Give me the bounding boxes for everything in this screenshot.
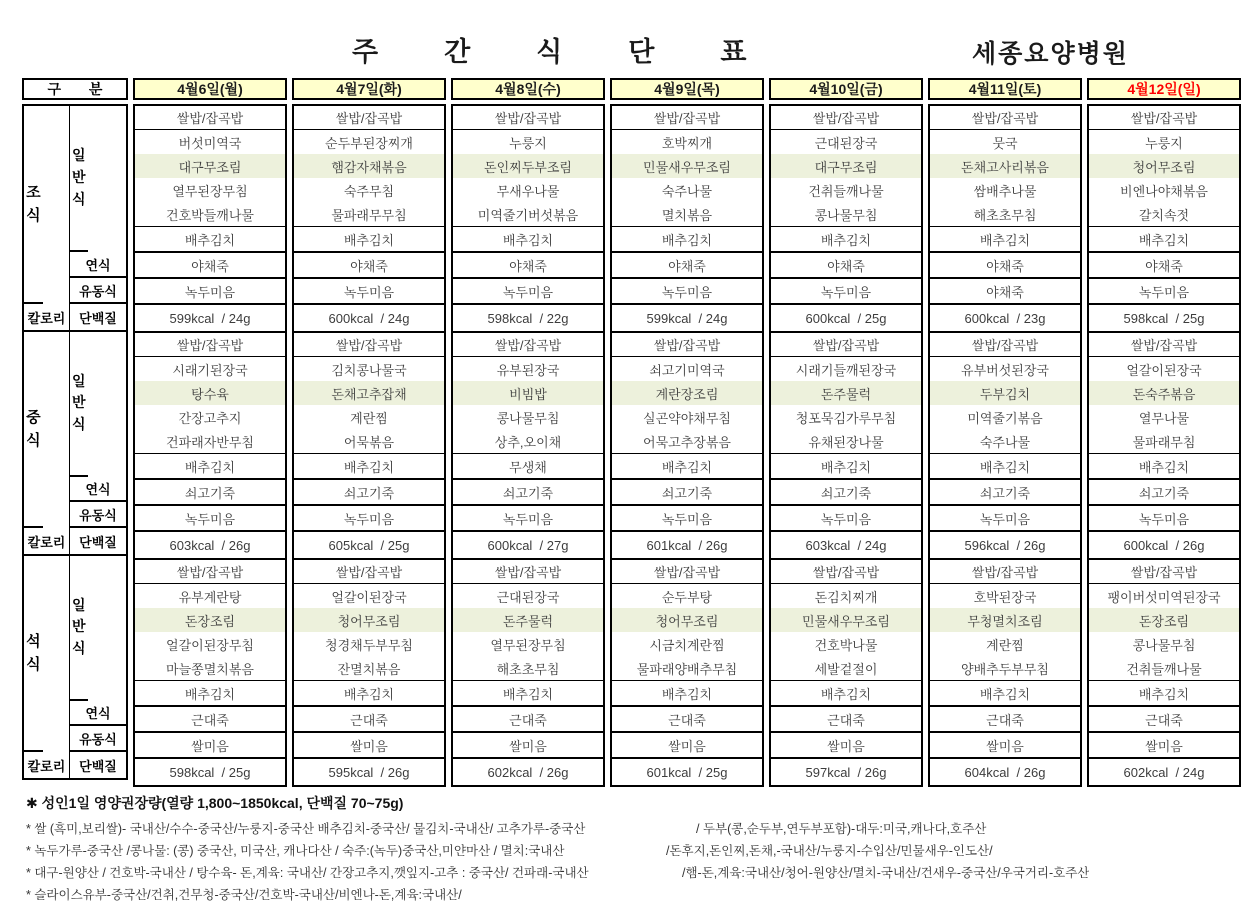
- kimchi-cell: 무생채: [453, 454, 603, 480]
- origin-notes: * 쌀 (흑미,보리쌀)- 국내산/수수-중국산/누룽지-중국산 배추김치-중국…: [26, 818, 1250, 903]
- side-dish-cell: 건파래자반무침: [135, 429, 285, 453]
- liquid-diet-label: 유동식: [70, 278, 126, 304]
- rice-cell: 쌀밥/잡곡밥: [135, 560, 285, 584]
- soft-diet-cell: 야채죽: [612, 253, 762, 279]
- main-dish-cell: 청어무조림: [294, 608, 444, 632]
- meal-section: 쌀밥/잡곡밥얼갈이된장국청어무조림청경채두부무침잔멸치볶음배추김치근대죽쌀미음5…: [294, 558, 444, 785]
- day-body: 쌀밥/잡곡밥버섯미역국대구무조림열무된장무침건호박들깨나물배추김치야채죽녹두미음…: [133, 104, 287, 787]
- meal-name-label: 석식: [24, 556, 43, 752]
- nutrition-recommendation: ✱ 성인1일 영양권장량(열량 1,800~1850kcal, 단백질 70~7…: [26, 793, 1250, 813]
- side-dish-cell: 얼갈이된장무침: [135, 632, 285, 656]
- meal-label-section: 조식칼로리일반식연식유동식단백질: [24, 106, 126, 330]
- soup-cell: 순두부된장찌개: [294, 130, 444, 154]
- liquid-diet-cell: 녹두미음: [612, 506, 762, 532]
- kimchi-cell: 배추김치: [1089, 454, 1239, 480]
- meal-section: 쌀밥/잡곡밥팽이버섯미역된장국돈장조림콩나물무침건취들깨나물배추김치근대죽쌀미음…: [1089, 558, 1239, 785]
- liquid-diet-cell: 녹두미음: [135, 506, 285, 532]
- liquid-diet-label: 유동식: [70, 502, 126, 528]
- dish-group: 호박된장국무청멸치조림계란찜양배추두부무침: [930, 584, 1080, 681]
- side-dish-cell: 콩나물무침: [453, 405, 603, 429]
- kimchi-cell: 배추김치: [612, 454, 762, 480]
- calorie-protein-cell: 602kcal / 26g: [453, 759, 603, 785]
- soft-diet-cell: 야채죽: [930, 253, 1080, 279]
- dish-group: 버섯미역국대구무조림열무된장무침건호박들깨나물: [135, 130, 285, 227]
- calorie-label: 칼로리: [24, 528, 69, 554]
- meal-name-label: 중식: [24, 332, 43, 528]
- calorie-protein-cell: 596kcal / 26g: [930, 532, 1080, 558]
- main-dish-cell: 돈장조림: [1089, 608, 1239, 632]
- meal-section: 쌀밥/잡곡밥돈김치찌개민물새우무조림건호박나물세발겉절이배추김치근대죽쌀미음59…: [771, 558, 921, 785]
- soup-cell: 근대된장국: [771, 130, 921, 154]
- kimchi-cell: 배추김치: [930, 454, 1080, 480]
- soft-diet-cell: 야채죽: [453, 253, 603, 279]
- soft-diet-cell: 쇠고기죽: [1089, 480, 1239, 506]
- side-dish-cell: 어묵볶음: [294, 429, 444, 453]
- soft-diet-cell: 근대죽: [930, 707, 1080, 733]
- side-dish-cell: 어묵고추장볶음: [612, 429, 762, 453]
- soft-diet-cell: 근대죽: [771, 707, 921, 733]
- calorie-protein-cell: 603kcal / 24g: [771, 532, 921, 558]
- liquid-diet-cell: 쌀미음: [771, 733, 921, 759]
- day-column: 4월12일(일)쌀밥/잡곡밥누룽지청어무조림비엔나야채볶음갈치속젓배추김치야채죽…: [1087, 78, 1241, 787]
- side-dish-cell: 미역줄기볶음: [930, 405, 1080, 429]
- page-title: 주간식단표: [352, 30, 812, 69]
- soft-diet-cell: 근대죽: [612, 707, 762, 733]
- liquid-diet-cell: 녹두미음: [1089, 506, 1239, 532]
- rice-cell: 쌀밥/잡곡밥: [1089, 333, 1239, 357]
- side-dish-cell: 멸치볶음: [612, 202, 762, 226]
- dish-group: 얼갈이된장국돈숙주볶음열무나물물파래무침: [1089, 357, 1239, 454]
- main-dish-cell: 청어무조림: [612, 608, 762, 632]
- soft-diet-cell: 쇠고기죽: [771, 480, 921, 506]
- liquid-diet-cell: 쌀미음: [294, 733, 444, 759]
- rice-cell: 쌀밥/잡곡밥: [1089, 106, 1239, 130]
- soft-diet-cell: 야채죽: [771, 253, 921, 279]
- footnote-line: * 대구-원양산 / 건호박-국내산 / 탕수육- 돈,계육: 국내산/ 간장고…: [26, 862, 666, 884]
- kimchi-cell: 배추김치: [771, 681, 921, 707]
- calorie-protein-cell: 598kcal / 22g: [453, 305, 603, 331]
- soft-diet-cell: 쇠고기죽: [612, 480, 762, 506]
- rice-cell: 쌀밥/잡곡밥: [930, 106, 1080, 130]
- calorie-protein-cell: 597kcal / 26g: [771, 759, 921, 785]
- rice-cell: 쌀밥/잡곡밥: [930, 560, 1080, 584]
- soup-cell: 누룽지: [1089, 130, 1239, 154]
- meal-section: 쌀밥/잡곡밥쇠고기미역국계란장조림실곤약야채무침어묵고추장볶음배추김치쇠고기죽녹…: [612, 331, 762, 558]
- dish-group: 유부계란탕돈장조림얼갈이된장무침마늘쫑멸치볶음: [135, 584, 285, 681]
- day-column: 4월8일(수)쌀밥/잡곡밥누룽지돈인찌두부조림무새우나물미역줄기버섯볶음배추김치…: [451, 78, 605, 787]
- kimchi-cell: 배추김치: [135, 454, 285, 480]
- side-dish-cell: 상추,오이채: [453, 429, 603, 453]
- protein-label: 단백질: [70, 304, 126, 330]
- kimchi-cell: 배추김치: [771, 454, 921, 480]
- side-dish-cell: 열무된장무침: [453, 632, 603, 656]
- side-dish-cell: 콩나물무침: [771, 202, 921, 226]
- liquid-diet-cell: 녹두미음: [612, 279, 762, 305]
- liquid-diet-cell: 녹두미음: [1089, 279, 1239, 305]
- origin-notes-right: / 두부(콩,순두부,연두부포함)-대두:미국,캐나다,호주산/돈후지,돈인찌,…: [666, 818, 1089, 903]
- liquid-diet-cell: 녹두미음: [453, 506, 603, 532]
- side-dish-cell: 물파래무침: [1089, 429, 1239, 453]
- footnote-line: * 슬라이스유부-중국산/건취,건무청-중국산/건호박-국내산/비엔나-돈,계육…: [26, 884, 666, 903]
- main-dish-cell: 두부김치: [930, 381, 1080, 405]
- side-dish-cell: 해초초무침: [930, 202, 1080, 226]
- rice-cell: 쌀밥/잡곡밥: [294, 560, 444, 584]
- calorie-protein-cell: 602kcal / 24g: [1089, 759, 1239, 785]
- liquid-diet-label: 유동식: [70, 726, 126, 752]
- day-column: 4월6일(월)쌀밥/잡곡밥버섯미역국대구무조림열무된장무침건호박들깨나물배추김치…: [133, 78, 287, 787]
- calorie-protein-cell: 600kcal / 24g: [294, 305, 444, 331]
- day-body: 쌀밥/잡곡밥누룽지돈인찌두부조림무새우나물미역줄기버섯볶음배추김치야채죽녹두미음…: [451, 104, 605, 787]
- side-dish-cell: 열무된장무침: [135, 178, 285, 202]
- calorie-protein-cell: 601kcal / 26g: [612, 532, 762, 558]
- regular-diet-label: 일반식: [70, 556, 88, 701]
- soup-cell: 얼갈이된장국: [294, 584, 444, 608]
- dish-group: 순두부탕청어무조림시금치계란찜물파래양배추무침: [612, 584, 762, 681]
- meal-section: 쌀밥/잡곡밥얼갈이된장국돈숙주볶음열무나물물파래무침배추김치쇠고기죽녹두미음60…: [1089, 331, 1239, 558]
- liquid-diet-cell: 녹두미음: [930, 506, 1080, 532]
- regular-diet-label: 일반식: [70, 332, 88, 477]
- soup-cell: 근대된장국: [453, 584, 603, 608]
- meal-name-label: 조식: [24, 106, 43, 304]
- kimchi-cell: 배추김치: [1089, 227, 1239, 253]
- side-dish-cell: 세발겉절이: [771, 656, 921, 680]
- corner-header: 구 분: [22, 78, 128, 100]
- main-dish-cell: 돈채고사리볶음: [930, 154, 1080, 178]
- protein-label: 단백질: [70, 752, 126, 778]
- soup-cell: 김치콩나물국: [294, 357, 444, 381]
- main-dish-cell: 청어무조림: [1089, 154, 1239, 178]
- soup-cell: 유부버섯된장국: [930, 357, 1080, 381]
- dish-group: 호박찌개민물새우무조림숙주나물멸치볶음: [612, 130, 762, 227]
- soup-cell: 돈김치찌개: [771, 584, 921, 608]
- rice-cell: 쌀밥/잡곡밥: [135, 333, 285, 357]
- side-dish-cell: 건취들깨나물: [771, 178, 921, 202]
- side-dish-cell: 콩나물무침: [1089, 632, 1239, 656]
- side-dish-cell: 해초초무침: [453, 656, 603, 680]
- soft-diet-cell: 근대죽: [294, 707, 444, 733]
- kimchi-cell: 배추김치: [294, 681, 444, 707]
- kimchi-cell: 배추김치: [453, 227, 603, 253]
- side-dish-cell: 양배추두부무침: [930, 656, 1080, 680]
- meal-section: 쌀밥/잡곡밥순두부된장찌개햄감자채볶음숙주무침물파래무무침배추김치야채죽녹두미음…: [294, 106, 444, 331]
- side-dish-cell: 유채된장나물: [771, 429, 921, 453]
- label-body: 조식칼로리일반식연식유동식단백질중식칼로리일반식연식유동식단백질석식칼로리일반식…: [22, 104, 128, 780]
- footnote-line: * 녹두가루-중국산 /콩나물: (콩) 중국산, 미국산, 캐나다산 / 숙주…: [26, 840, 666, 862]
- dish-group: 유부버섯된장국두부김치미역줄기볶음숙주나물: [930, 357, 1080, 454]
- origin-notes-left: * 쌀 (흑미,보리쌀)- 국내산/수수-중국산/누룽지-중국산 배추김치-중국…: [26, 818, 666, 903]
- dish-group: 근대된장국대구무조림건취들깨나물콩나물무침: [771, 130, 921, 227]
- calorie-protein-cell: 601kcal / 25g: [612, 759, 762, 785]
- kimchi-cell: 배추김치: [453, 681, 603, 707]
- soft-diet-label: 연식: [70, 477, 126, 503]
- soup-cell: 얼갈이된장국: [1089, 357, 1239, 381]
- day-body: 쌀밥/잡곡밥호박찌개민물새우무조림숙주나물멸치볶음배추김치야채죽녹두미음599k…: [610, 104, 764, 787]
- hospital-name: 세종요양병원: [972, 34, 1129, 70]
- day-column: 4월11일(토)쌀밥/잡곡밥뭇국돈채고사리볶음쌈배추나물해초초무침배추김치야채죽…: [928, 78, 1082, 787]
- dish-group: 뭇국돈채고사리볶음쌈배추나물해초초무침: [930, 130, 1080, 227]
- main-dish-cell: 돈장조림: [135, 608, 285, 632]
- day-header: 4월11일(토): [928, 78, 1082, 100]
- meal-section: 쌀밥/잡곡밥호박된장국무청멸치조림계란찜양배추두부무침배추김치근대죽쌀미음604…: [930, 558, 1080, 785]
- calorie-protein-cell: 604kcal / 26g: [930, 759, 1080, 785]
- kimchi-cell: 배추김치: [612, 681, 762, 707]
- meal-section: 쌀밥/잡곡밥유부계란탕돈장조림얼갈이된장무침마늘쫑멸치볶음배추김치근대죽쌀미음5…: [135, 558, 285, 785]
- rice-cell: 쌀밥/잡곡밥: [612, 106, 762, 130]
- kimchi-cell: 배추김치: [135, 227, 285, 253]
- side-dish-cell: 건취들깨나물: [1089, 656, 1239, 680]
- side-dish-cell: 계란찜: [294, 405, 444, 429]
- side-dish-cell: 갈치속젓: [1089, 202, 1239, 226]
- title-bar: 주간식단표 세종요양병원: [0, 0, 1250, 78]
- calorie-protein-cell: 599kcal / 24g: [135, 305, 285, 331]
- side-dish-cell: 마늘쫑멸치볶음: [135, 656, 285, 680]
- side-dish-cell: 열무나물: [1089, 405, 1239, 429]
- meal-section: 쌀밥/잡곡밥근대된장국돈주물럭열무된장무침해초초무침배추김치근대죽쌀미음602k…: [453, 558, 603, 785]
- soft-diet-cell: 쇠고기죽: [930, 480, 1080, 506]
- soft-diet-cell: 근대죽: [135, 707, 285, 733]
- soft-diet-cell: 야채죽: [1089, 253, 1239, 279]
- calorie-protein-cell: 600kcal / 25g: [771, 305, 921, 331]
- day-header: 4월8일(수): [451, 78, 605, 100]
- side-dish-cell: 건호박나물: [771, 632, 921, 656]
- rice-cell: 쌀밥/잡곡밥: [612, 560, 762, 584]
- liquid-diet-cell: 쌀미음: [135, 733, 285, 759]
- meal-section: 쌀밥/잡곡밥유부된장국비빔밥콩나물무침상추,오이채무생채쇠고기죽녹두미음600k…: [453, 331, 603, 558]
- soup-cell: 누룽지: [453, 130, 603, 154]
- side-dish-cell: 물파래무무침: [294, 202, 444, 226]
- main-dish-cell: 비빔밥: [453, 381, 603, 405]
- side-dish-cell: 무새우나물: [453, 178, 603, 202]
- dish-group: 근대된장국돈주물럭열무된장무침해초초무침: [453, 584, 603, 681]
- main-dish-cell: 햄감자채볶음: [294, 154, 444, 178]
- side-dish-cell: 비엔나야채볶음: [1089, 178, 1239, 202]
- main-dish-cell: 무청멸치조림: [930, 608, 1080, 632]
- main-dish-cell: 돈채고추잡채: [294, 381, 444, 405]
- liquid-diet-cell: 야채죽: [930, 279, 1080, 305]
- side-dish-cell: 시금치계란찜: [612, 632, 762, 656]
- liquid-diet-cell: 녹두미음: [135, 279, 285, 305]
- footnote-line: /돈후지,돈인찌,돈채,-국내산/누룽지-수입산/민물새우-인도산/: [666, 840, 1089, 862]
- dish-group: 김치콩나물국돈채고추잡채계란찜어묵볶음: [294, 357, 444, 454]
- kimchi-cell: 배추김치: [771, 227, 921, 253]
- liquid-diet-cell: 쌀미음: [612, 733, 762, 759]
- side-dish-cell: 청포묵김가루무침: [771, 405, 921, 429]
- side-dish-cell: 청경채두부무침: [294, 632, 444, 656]
- day-header: 4월7일(화): [292, 78, 446, 100]
- kimchi-cell: 배추김치: [612, 227, 762, 253]
- dish-group: 팽이버섯미역된장국돈장조림콩나물무침건취들깨나물: [1089, 584, 1239, 681]
- meal-section: 쌀밥/잡곡밥누룽지돈인찌두부조림무새우나물미역줄기버섯볶음배추김치야채죽녹두미음…: [453, 106, 603, 331]
- weekly-menu-page: 주간식단표 세종요양병원 구 분 조식칼로리일반식연식유동식단백질중식칼로리일반…: [0, 0, 1250, 903]
- calorie-protein-cell: 598kcal / 25g: [135, 759, 285, 785]
- kimchi-cell: 배추김치: [135, 681, 285, 707]
- rice-cell: 쌀밥/잡곡밥: [1089, 560, 1239, 584]
- footnote-line: * 쌀 (흑미,보리쌀)- 국내산/수수-중국산/누룽지-중국산 배추김치-중국…: [26, 818, 666, 840]
- main-dish-cell: 대구무조림: [771, 154, 921, 178]
- main-dish-cell: 탕수육: [135, 381, 285, 405]
- soft-diet-label: 연식: [70, 701, 126, 727]
- meal-section: 쌀밥/잡곡밥근대된장국대구무조림건취들깨나물콩나물무침배추김치야채죽녹두미음60…: [771, 106, 921, 331]
- soft-diet-cell: 쇠고기죽: [135, 480, 285, 506]
- rice-cell: 쌀밥/잡곡밥: [771, 106, 921, 130]
- dish-group: 시래기된장국탕수육간장고추지건파래자반무침: [135, 357, 285, 454]
- day-columns: 4월6일(월)쌀밥/잡곡밥버섯미역국대구무조림열무된장무침건호박들깨나물배추김치…: [133, 78, 1250, 787]
- soup-cell: 시래기들깨된장국: [771, 357, 921, 381]
- calorie-protein-cell: 600kcal / 27g: [453, 532, 603, 558]
- meal-section: 쌀밥/잡곡밥누룽지청어무조림비엔나야채볶음갈치속젓배추김치야채죽녹두미음598k…: [1089, 106, 1239, 331]
- meal-section: 쌀밥/잡곡밥호박찌개민물새우무조림숙주나물멸치볶음배추김치야채죽녹두미음599k…: [612, 106, 762, 331]
- main-dish-cell: 민물새우무조림: [771, 608, 921, 632]
- dish-group: 시래기들깨된장국돈주물럭청포묵김가루무침유채된장나물: [771, 357, 921, 454]
- meal-section: 쌀밥/잡곡밥버섯미역국대구무조림열무된장무침건호박들깨나물배추김치야채죽녹두미음…: [135, 106, 285, 331]
- liquid-diet-cell: 녹두미음: [453, 279, 603, 305]
- main-dish-cell: 대구무조림: [135, 154, 285, 178]
- side-dish-cell: 숙주무침: [294, 178, 444, 202]
- footnote-line: / 두부(콩,순두부,연두부포함)-대두:미국,캐나다,호주산: [666, 818, 1089, 840]
- rice-cell: 쌀밥/잡곡밥: [294, 106, 444, 130]
- soup-cell: 팽이버섯미역된장국: [1089, 584, 1239, 608]
- side-dish-cell: 건호박들깨나물: [135, 202, 285, 226]
- meal-section: 쌀밥/잡곡밥김치콩나물국돈채고추잡채계란찜어묵볶음배추김치쇠고기죽녹두미음605…: [294, 331, 444, 558]
- meal-section: 쌀밥/잡곡밥시래기들깨된장국돈주물럭청포묵김가루무침유채된장나물배추김치쇠고기죽…: [771, 331, 921, 558]
- soft-diet-cell: 근대죽: [1089, 707, 1239, 733]
- label-column: 구 분 조식칼로리일반식연식유동식단백질중식칼로리일반식연식유동식단백질석식칼로…: [22, 78, 128, 787]
- liquid-diet-cell: 녹두미음: [771, 279, 921, 305]
- liquid-diet-cell: 쌀미음: [930, 733, 1080, 759]
- calorie-protein-cell: 595kcal / 26g: [294, 759, 444, 785]
- liquid-diet-cell: 쌀미음: [1089, 733, 1239, 759]
- liquid-diet-cell: 녹두미음: [294, 279, 444, 305]
- liquid-diet-cell: 녹두미음: [294, 506, 444, 532]
- main-dish-cell: 돈인찌두부조림: [453, 154, 603, 178]
- side-dish-cell: 잔멸치볶음: [294, 656, 444, 680]
- dish-group: 얼갈이된장국청어무조림청경채두부무침잔멸치볶음: [294, 584, 444, 681]
- dish-group: 누룽지돈인찌두부조림무새우나물미역줄기버섯볶음: [453, 130, 603, 227]
- soft-diet-label: 연식: [70, 252, 126, 278]
- dish-group: 유부된장국비빔밥콩나물무침상추,오이채: [453, 357, 603, 454]
- calorie-protein-cell: 600kcal / 26g: [1089, 532, 1239, 558]
- liquid-diet-cell: 녹두미음: [771, 506, 921, 532]
- soup-cell: 순두부탕: [612, 584, 762, 608]
- calorie-protein-cell: 600kcal / 23g: [930, 305, 1080, 331]
- main-dish-cell: 민물새우무조림: [612, 154, 762, 178]
- liquid-diet-cell: 쌀미음: [453, 733, 603, 759]
- rice-cell: 쌀밥/잡곡밥: [771, 333, 921, 357]
- kimchi-cell: 배추김치: [930, 227, 1080, 253]
- day-body: 쌀밥/잡곡밥누룽지청어무조림비엔나야채볶음갈치속젓배추김치야채죽녹두미음598k…: [1087, 104, 1241, 787]
- side-dish-cell: 숙주나물: [612, 178, 762, 202]
- rice-cell: 쌀밥/잡곡밥: [771, 560, 921, 584]
- rice-cell: 쌀밥/잡곡밥: [612, 333, 762, 357]
- meal-section: 쌀밥/잡곡밥시래기된장국탕수육간장고추지건파래자반무침배추김치쇠고기죽녹두미음6…: [135, 331, 285, 558]
- calorie-label: 칼로리: [24, 752, 69, 778]
- rice-cell: 쌀밥/잡곡밥: [294, 333, 444, 357]
- main-dish-cell: 돈주물럭: [453, 608, 603, 632]
- side-dish-cell: 실곤약야채무침: [612, 405, 762, 429]
- soft-diet-cell: 근대죽: [453, 707, 603, 733]
- day-column: 4월10일(금)쌀밥/잡곡밥근대된장국대구무조림건취들깨나물콩나물무침배추김치야…: [769, 78, 923, 787]
- rice-cell: 쌀밥/잡곡밥: [453, 106, 603, 130]
- calorie-protein-cell: 598kcal / 25g: [1089, 305, 1239, 331]
- meal-label-section: 중식칼로리일반식연식유동식단백질: [24, 330, 126, 554]
- meal-section: 쌀밥/잡곡밥순두부탕청어무조림시금치계란찜물파래양배추무침배추김치근대죽쌀미음6…: [612, 558, 762, 785]
- protein-label: 단백질: [70, 528, 126, 554]
- kimchi-cell: 배추김치: [294, 227, 444, 253]
- soup-cell: 버섯미역국: [135, 130, 285, 154]
- day-column: 4월9일(목)쌀밥/잡곡밥호박찌개민물새우무조림숙주나물멸치볶음배추김치야채죽녹…: [610, 78, 764, 787]
- day-body: 쌀밥/잡곡밥순두부된장찌개햄감자채볶음숙주무침물파래무무침배추김치야채죽녹두미음…: [292, 104, 446, 787]
- soup-cell: 뭇국: [930, 130, 1080, 154]
- kimchi-cell: 배추김치: [1089, 681, 1239, 707]
- calorie-protein-cell: 599kcal / 24g: [612, 305, 762, 331]
- kimchi-cell: 배추김치: [930, 681, 1080, 707]
- footer: ✱ 성인1일 영양권장량(열량 1,800~1850kcal, 단백질 70~7…: [0, 787, 1250, 903]
- soup-cell: 호박된장국: [930, 584, 1080, 608]
- rice-cell: 쌀밥/잡곡밥: [930, 333, 1080, 357]
- soup-cell: 호박찌개: [612, 130, 762, 154]
- day-body: 쌀밥/잡곡밥뭇국돈채고사리볶음쌈배추나물해초초무침배추김치야채죽야채죽600kc…: [928, 104, 1082, 787]
- soup-cell: 쇠고기미역국: [612, 357, 762, 381]
- day-header: 4월12일(일): [1087, 78, 1241, 100]
- rice-cell: 쌀밥/잡곡밥: [453, 333, 603, 357]
- main-dish-cell: 돈주물럭: [771, 381, 921, 405]
- day-header: 4월6일(월): [133, 78, 287, 100]
- soft-diet-cell: 쇠고기죽: [453, 480, 603, 506]
- meal-section: 쌀밥/잡곡밥유부버섯된장국두부김치미역줄기볶음숙주나물배추김치쇠고기죽녹두미음5…: [930, 331, 1080, 558]
- day-header: 4월9일(목): [610, 78, 764, 100]
- soft-diet-cell: 야채죽: [135, 253, 285, 279]
- dish-group: 돈김치찌개민물새우무조림건호박나물세발겉절이: [771, 584, 921, 681]
- soup-cell: 유부된장국: [453, 357, 603, 381]
- menu-table: 구 분 조식칼로리일반식연식유동식단백질중식칼로리일반식연식유동식단백질석식칼로…: [0, 78, 1250, 787]
- calorie-protein-cell: 603kcal / 26g: [135, 532, 285, 558]
- calorie-protein-cell: 605kcal / 25g: [294, 532, 444, 558]
- side-dish-cell: 쌈배추나물: [930, 178, 1080, 202]
- soup-cell: 유부계란탕: [135, 584, 285, 608]
- meal-label-section: 석식칼로리일반식연식유동식단백질: [24, 554, 126, 778]
- day-column: 4월7일(화)쌀밥/잡곡밥순두부된장찌개햄감자채볶음숙주무침물파래무무침배추김치…: [292, 78, 446, 787]
- side-dish-cell: 숙주나물: [930, 429, 1080, 453]
- side-dish-cell: 물파래양배추무침: [612, 656, 762, 680]
- rice-cell: 쌀밥/잡곡밥: [453, 560, 603, 584]
- side-dish-cell: 간장고추지: [135, 405, 285, 429]
- side-dish-cell: 계란찜: [930, 632, 1080, 656]
- dish-group: 쇠고기미역국계란장조림실곤약야채무침어묵고추장볶음: [612, 357, 762, 454]
- calorie-label: 칼로리: [24, 304, 69, 330]
- main-dish-cell: 계란장조림: [612, 381, 762, 405]
- regular-diet-label: 일반식: [70, 106, 88, 252]
- kimchi-cell: 배추김치: [294, 454, 444, 480]
- side-dish-cell: 미역줄기버섯볶음: [453, 202, 603, 226]
- rice-cell: 쌀밥/잡곡밥: [135, 106, 285, 130]
- dish-group: 순두부된장찌개햄감자채볶음숙주무침물파래무무침: [294, 130, 444, 227]
- soft-diet-cell: 야채죽: [294, 253, 444, 279]
- soft-diet-cell: 쇠고기죽: [294, 480, 444, 506]
- dish-group: 누룽지청어무조림비엔나야채볶음갈치속젓: [1089, 130, 1239, 227]
- day-body: 쌀밥/잡곡밥근대된장국대구무조림건취들깨나물콩나물무침배추김치야채죽녹두미음60…: [769, 104, 923, 787]
- soup-cell: 시래기된장국: [135, 357, 285, 381]
- day-header: 4월10일(금): [769, 78, 923, 100]
- main-dish-cell: 돈숙주볶음: [1089, 381, 1239, 405]
- footnote-line: /햄-돈,계육:국내산/청어-원양산/멸치-국내산/건새우-중국산/우국거리-호…: [666, 862, 1089, 884]
- meal-section: 쌀밥/잡곡밥뭇국돈채고사리볶음쌈배추나물해초초무침배추김치야채죽야채죽600kc…: [930, 106, 1080, 331]
